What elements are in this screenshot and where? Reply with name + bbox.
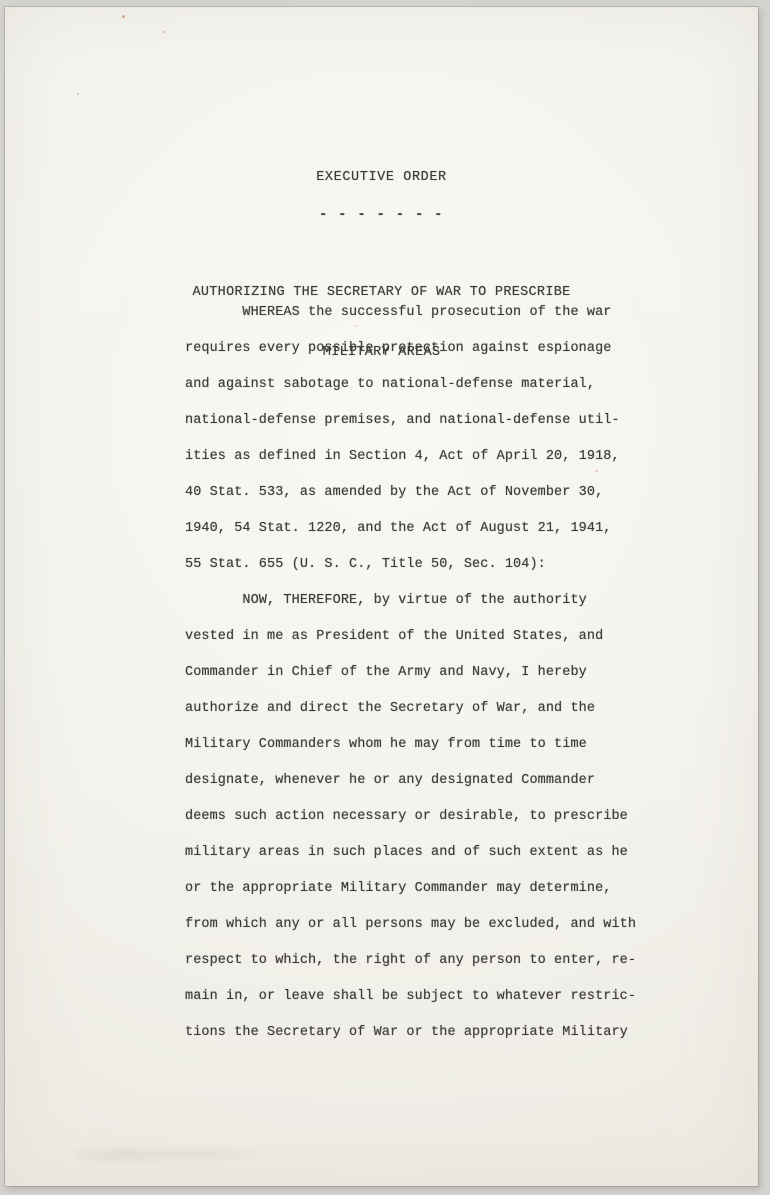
paper-speck <box>355 325 357 327</box>
document-title: EXECUTIVE ORDER <box>5 169 758 187</box>
typewritten-line: from which any or all persons may be exc… <box>185 907 636 943</box>
typewritten-line: authorize and direct the Secretary of Wa… <box>185 691 636 727</box>
typewritten-line: tions the Secretary of War or the approp… <box>185 1015 636 1051</box>
typewritten-line: vested in me as President of the United … <box>185 619 636 655</box>
paper-speck <box>595 470 598 472</box>
ink-bleed-smudge <box>75 1145 275 1165</box>
paper-speck <box>163 31 165 33</box>
typewritten-line: requires every possible protection again… <box>185 331 636 367</box>
document-page: EXECUTIVE ORDER - - - - - - - AUTHORIZIN… <box>5 7 758 1186</box>
typewritten-line: military areas in such places and of suc… <box>185 835 636 871</box>
typewritten-line: 40 Stat. 533, as amended by the Act of N… <box>185 475 636 511</box>
paper-speck <box>77 93 79 95</box>
paper-speck <box>122 15 125 18</box>
typewritten-line: main in, or leave shall be subject to wh… <box>185 979 636 1015</box>
typewritten-line: WHEREAS the successful prosecution of th… <box>185 295 636 331</box>
typewritten-line: 55 Stat. 655 (U. S. C., Title 50, Sec. 1… <box>185 547 636 583</box>
typewritten-line: deems such action necessary or desirable… <box>185 799 636 835</box>
typewritten-line: designate, whenever he or any designated… <box>185 763 636 799</box>
document-body: WHEREAS the successful prosecution of th… <box>185 295 636 1051</box>
typewritten-line: national-defense premises, and national-… <box>185 403 636 439</box>
typewritten-line: Military Commanders whom he may from tim… <box>185 727 636 763</box>
typewritten-line: or the appropriate Military Commander ma… <box>185 871 636 907</box>
typewritten-line: NOW, THEREFORE, by virtue of the authori… <box>185 583 636 619</box>
typewritten-line: Commander in Chief of the Army and Navy,… <box>185 655 636 691</box>
typewritten-line: respect to which, the right of any perso… <box>185 943 636 979</box>
dashed-separator: - - - - - - - <box>5 207 758 225</box>
typewritten-line: 1940, 54 Stat. 1220, and the Act of Augu… <box>185 511 636 547</box>
typewritten-line: ities as defined in Section 4, Act of Ap… <box>185 439 636 475</box>
typewritten-line: and against sabotage to national-defense… <box>185 367 636 403</box>
